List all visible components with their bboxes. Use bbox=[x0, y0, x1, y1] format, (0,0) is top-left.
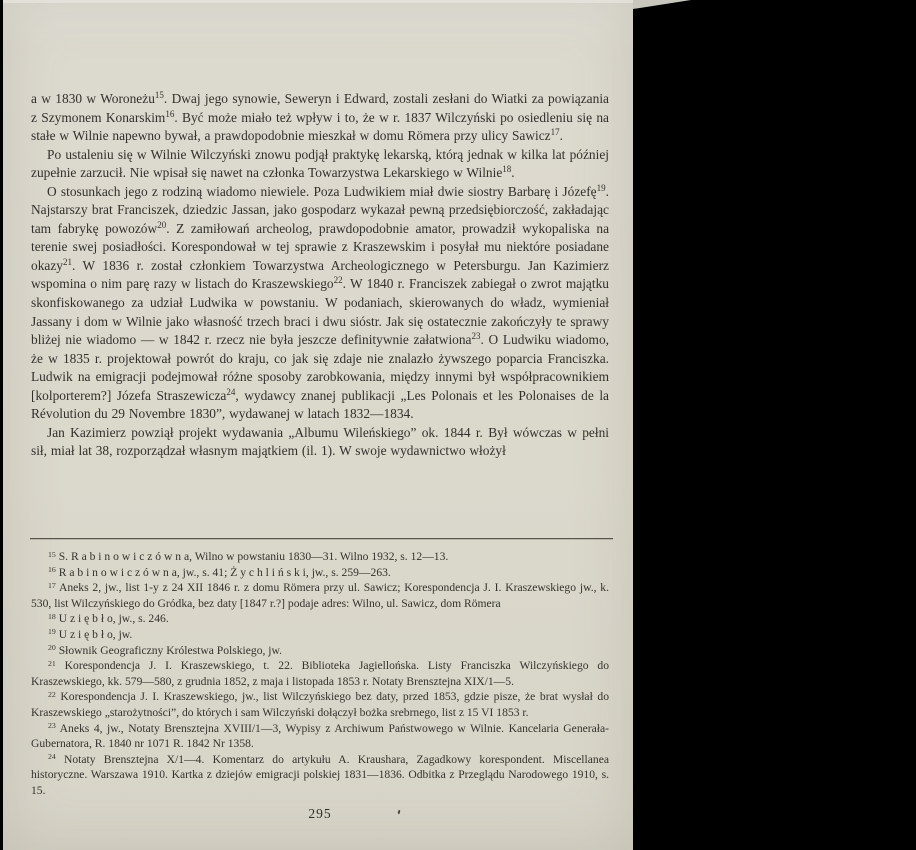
footnote-number: 20 bbox=[48, 643, 56, 652]
paragraph: a w 1830 w Woroneżu15. Dwaj jego synowie… bbox=[31, 90, 609, 146]
paragraph: O stosunkach jego z rodziną wiadomo niew… bbox=[31, 183, 609, 424]
footnote-number: 17 bbox=[48, 581, 56, 590]
footnote-number: 15 bbox=[48, 550, 56, 559]
book-page: a w 1830 w Woroneżu15. Dwaj jego synowie… bbox=[3, 0, 633, 850]
footnote: 22 Korespondencja J. I. Kraszewskiego, j… bbox=[31, 689, 609, 720]
page-edge-artifact bbox=[633, 0, 691, 9]
footnote-number: 21 bbox=[48, 659, 56, 668]
footnote-number: 22 bbox=[48, 690, 56, 699]
paragraph: Po ustaleniu się w Wilnie Wilczyński zno… bbox=[31, 146, 609, 183]
footnote-reference: 21 bbox=[63, 257, 72, 267]
footnote: 15 S. R a b i n o w i c z ó w n a, Wilno… bbox=[31, 549, 609, 565]
footnote: 19 U z i ę b ł o, jw. bbox=[31, 627, 609, 643]
footnote: 21 Korespondencja J. I. Kraszewskiego, t… bbox=[31, 658, 609, 689]
footnote-separator-rule bbox=[30, 538, 613, 539]
footnotes-list: 15 S. R a b i n o w i c z ó w n a, Wilno… bbox=[31, 549, 609, 805]
footnote-reference: 20 bbox=[157, 220, 166, 230]
footnote: 20 Słownik Geograficzny Królestwa Polski… bbox=[31, 643, 609, 659]
footnote: 16 R a b i n o w i c z ó w n a, jw., s. … bbox=[31, 565, 609, 581]
footnote-number: 16 bbox=[48, 565, 56, 574]
footnote: 23 Aneks 4, jw., Notaty Brensztejna XVII… bbox=[31, 721, 609, 752]
footnote-reference: 16 bbox=[165, 109, 174, 119]
scan-background: a w 1830 w Woroneżu15. Dwaj jego synowie… bbox=[0, 0, 916, 850]
footnote-reference: 18 bbox=[502, 164, 511, 174]
footnote-number: 24 bbox=[48, 752, 56, 761]
footnote: 18 U z i ę b ł o, jw., s. 246. bbox=[31, 611, 609, 627]
page-number: 295 bbox=[31, 806, 609, 822]
footnote-number: 19 bbox=[48, 627, 56, 636]
footnote-reference: 22 bbox=[334, 275, 343, 285]
footnote-reference: 23 bbox=[472, 331, 481, 341]
footnote-reference: 17 bbox=[551, 127, 560, 137]
paragraph: Jan Kazimierz powziął projekt wydawania … bbox=[31, 424, 609, 461]
footnote-reference: 19 bbox=[597, 183, 606, 193]
footnote: 24 Notaty Brensztejna X/1—4. Komentarz d… bbox=[31, 752, 609, 799]
footnote-reference: 24 bbox=[226, 387, 235, 397]
footnote: 17 Aneks 2, jw., list 1-y z 24 XII 1846 … bbox=[31, 580, 609, 611]
footnote-number: 23 bbox=[48, 721, 56, 730]
footnote-number: 18 bbox=[48, 612, 56, 621]
body-text: a w 1830 w Woroneżu15. Dwaj jego synowie… bbox=[31, 90, 609, 536]
footnote-reference: 15 bbox=[155, 90, 164, 100]
